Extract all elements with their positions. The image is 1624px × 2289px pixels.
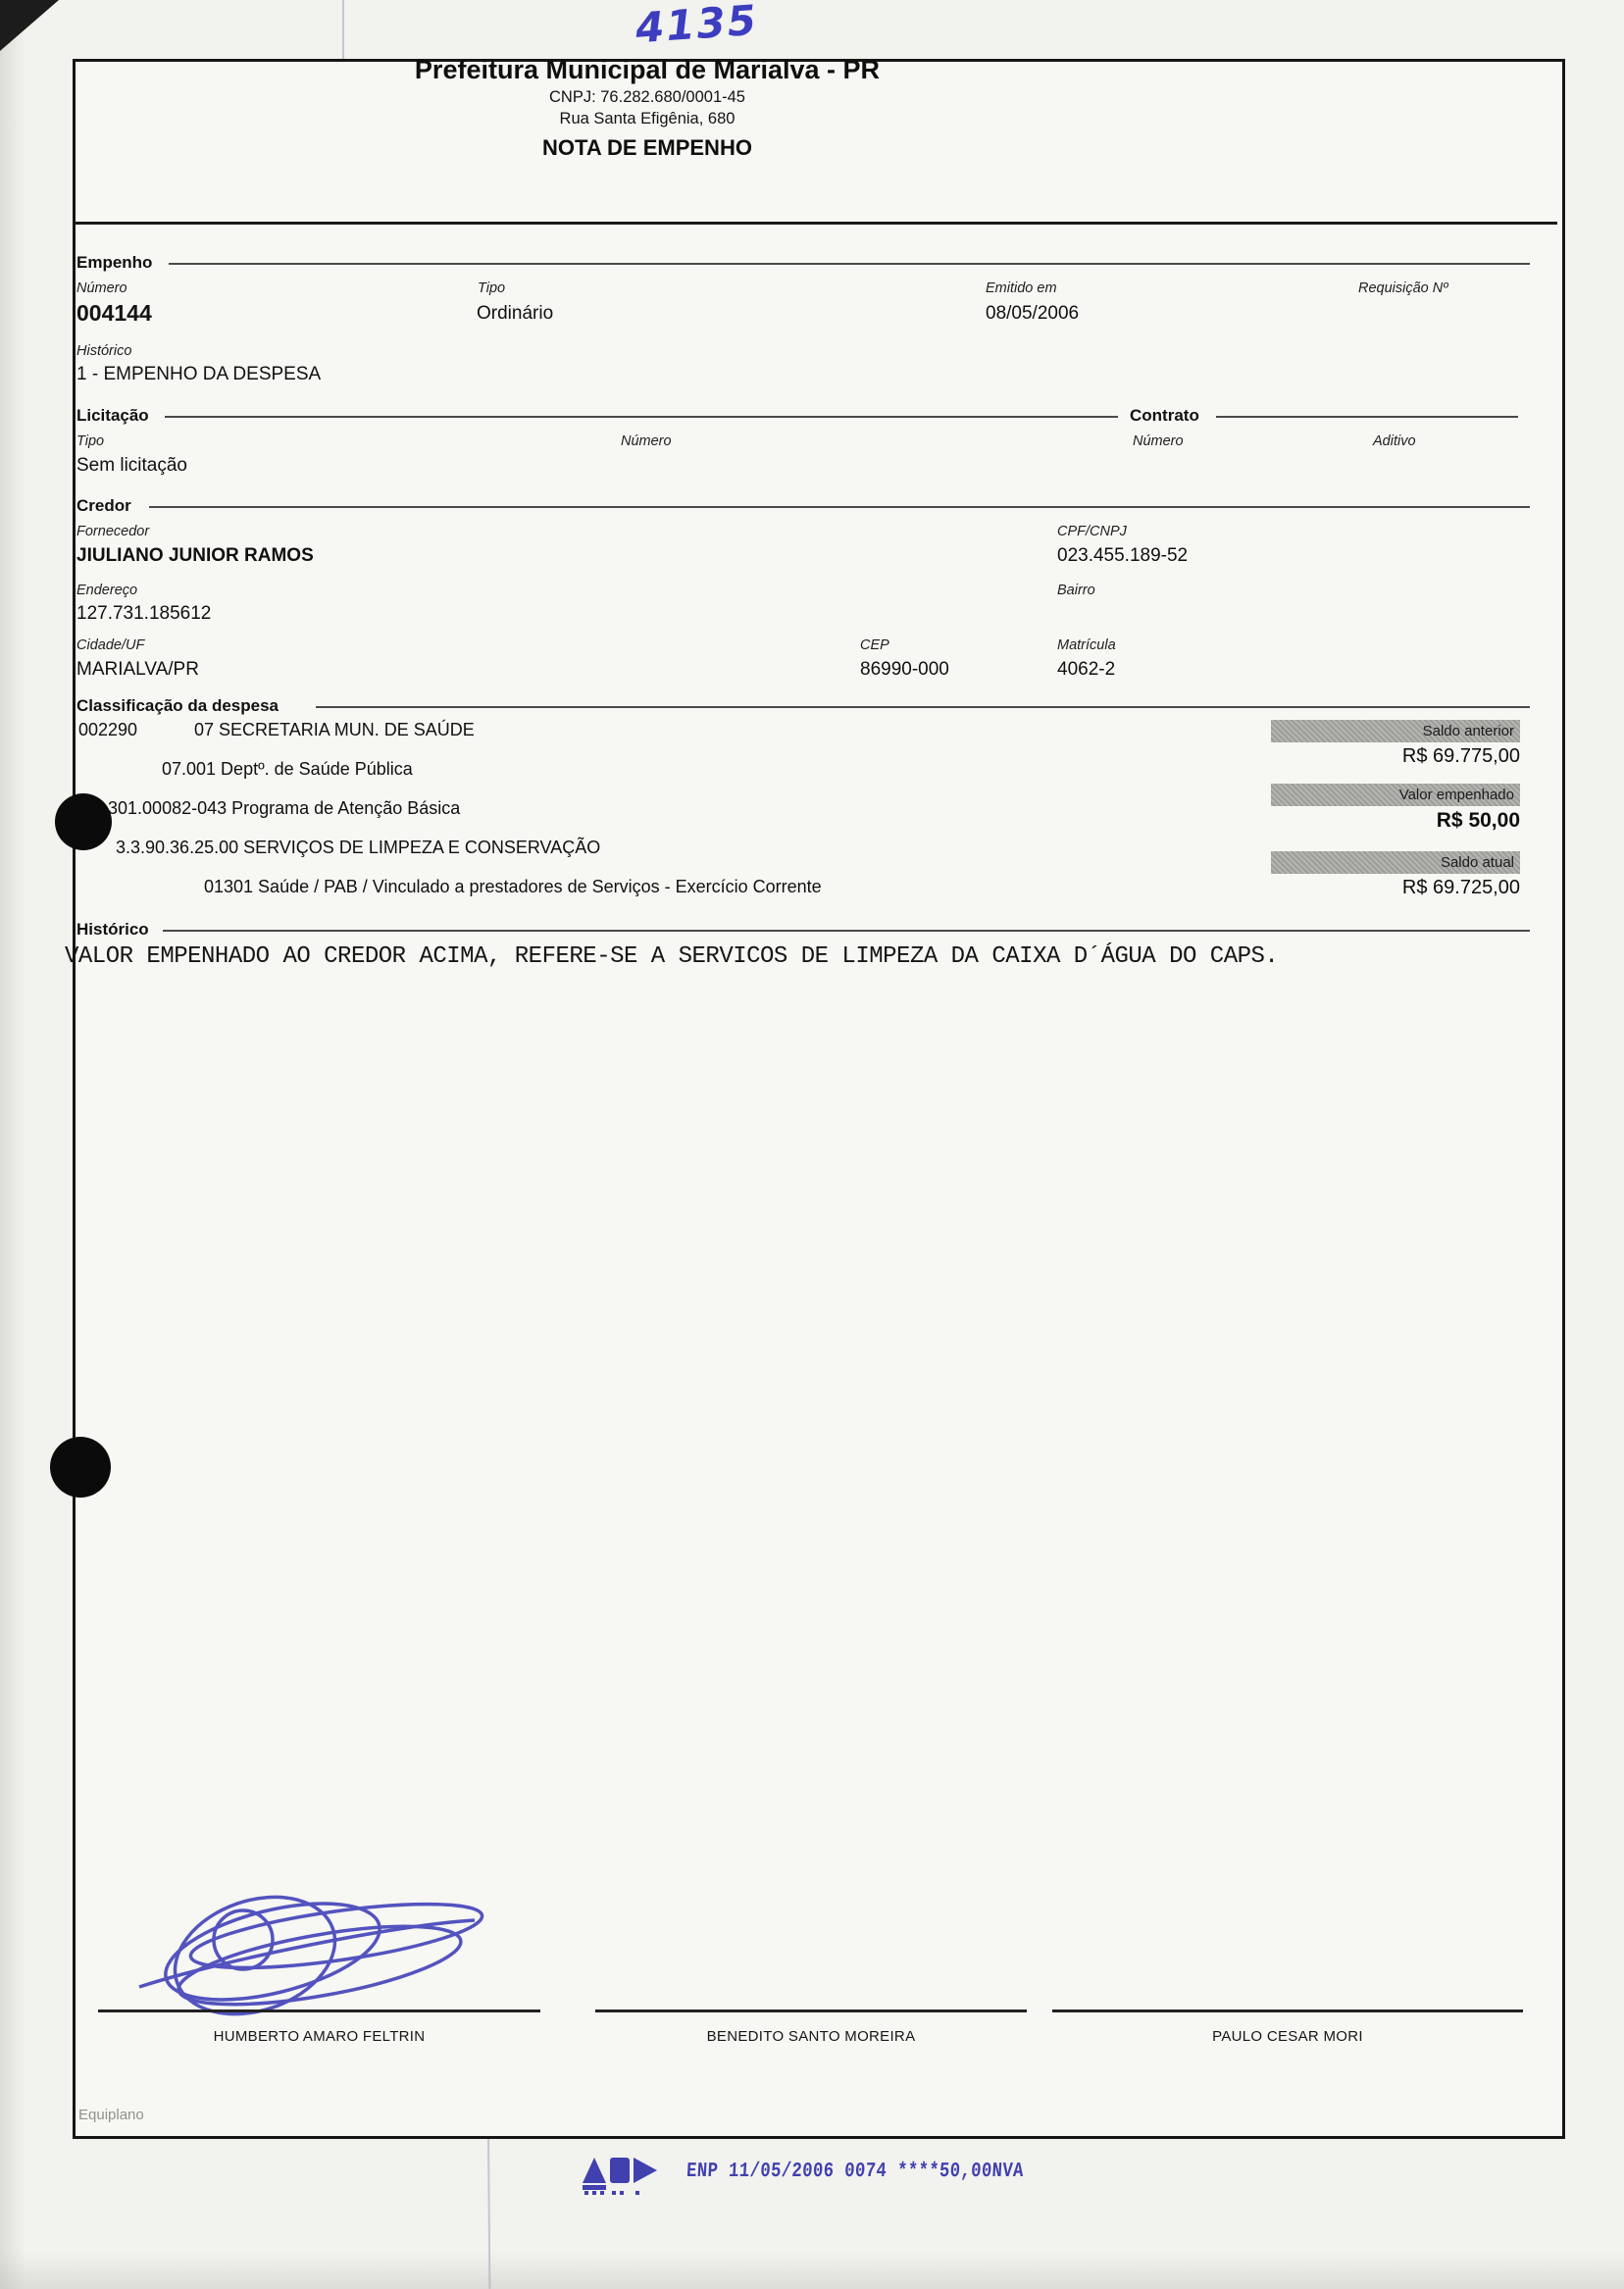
handwritten-page-number: 4135 [634,0,759,52]
empenho-section-label: Empenho [76,253,152,273]
signature-scribble [126,1891,488,2023]
classificacao-line: 07.001 Deptº. de Saúde Pública [162,759,413,780]
credor-cidade-value: MARIALVA/PR [76,659,199,681]
licitacao-tipo-label: Tipo [76,433,104,449]
signature-line [1052,2009,1523,2012]
empenho-numero-value: 004144 [76,300,152,327]
hole-punch [55,793,112,850]
saldo-atual-value: R$ 69.725,00 [1226,877,1520,899]
contrato-numero-label: Número [1133,433,1184,449]
scan-corner-artifact [0,0,59,51]
credor-fornecedor-value: JIULIANO JUNIOR RAMOS [76,545,314,567]
empenho-tipo-value: Ordinário [477,303,553,325]
empenho-section-rule [169,263,1530,265]
classificacao-section-label: Classificação da despesa [76,696,279,716]
credor-section-label: Credor [76,496,131,516]
credor-endereco-value: 127.731.185612 [76,603,211,625]
signature-line [98,2009,540,2012]
doc-title: NOTA DE EMPENHO [329,135,966,161]
classificacao-line: 0.301.00082-043 Programa de Atenção Bási… [93,798,460,819]
classificacao-line: 01301 Saúde / PAB / Vinculado a prestado… [204,877,822,897]
historico-section-label: Histórico [76,920,149,940]
saldo-atual-bar: Saldo atual [1271,851,1520,874]
licitacao-numero-label: Número [621,433,672,449]
saldo-anterior-value: R$ 69.775,00 [1226,745,1520,768]
licitacao-section-rule [165,416,1118,418]
contrato-section-rule [1216,416,1518,418]
historico-section-rule [163,930,1530,932]
scanned-document-page: 4135 Prefeitura Municipal de Marialva - … [0,0,1624,2289]
licitacao-section-label: Licitação [76,406,149,426]
empenho-tipo-label: Tipo [478,280,505,296]
credor-fornecedor-label: Fornecedor [76,524,149,539]
empenho-numero-label: Número [76,280,127,296]
stamp-text: ENP 11/05/2006 0074 ****50,00NVA [685,2161,1024,2183]
credor-cep-label: CEP [860,637,889,653]
scan-bottom-smudge [0,2252,1624,2289]
empenho-emitido-label: Emitido em [986,280,1057,296]
contrato-aditivo-label: Aditivo [1373,433,1416,449]
licitacao-tipo-value: Sem licitação [76,455,187,477]
header-divider [75,222,1557,225]
credor-section-rule [149,506,1530,508]
signature-name: HUMBERTO AMARO FELTRIN [98,2028,540,2045]
empenho-emitido-value: 08/05/2006 [986,303,1079,325]
signature-name: PAULO CESAR MORI [1052,2028,1523,2045]
classificacao-section-rule [316,706,1530,708]
stamp-logo [583,2156,659,2195]
org-address: Rua Santa Efigênia, 680 [329,110,966,128]
valor-empenhado-value: R$ 50,00 [1226,809,1520,833]
hole-punch [50,1437,111,1498]
empenho-historico-value: 1 - EMPENHO DA DESPESA [76,364,321,385]
org-cnpj: CNPJ: 76.282.680/0001-45 [329,88,966,107]
org-name: Prefeitura Municipal de Marialva - PR [329,55,966,85]
credor-bairro-label: Bairro [1057,583,1095,598]
saldo-anterior-bar: Saldo anterior [1271,720,1520,742]
classificacao-line: 07 SECRETARIA MUN. DE SAÚDE [194,720,475,740]
credor-cidade-label: Cidade/UF [76,637,144,653]
empenho-requisicao-label: Requisição Nº [1358,280,1448,296]
credor-cpf-value: 023.455.189-52 [1057,545,1188,567]
credor-cep-value: 86990-000 [860,659,949,681]
historico-text: VALOR EMPENHADO AO CREDOR ACIMA, REFERE-… [65,943,1278,970]
classificacao-line-code: 002290 [78,720,137,740]
valor-empenhado-bar: Valor empenhado [1271,784,1520,806]
credor-matricula-label: Matrícula [1057,637,1116,653]
scan-edge-shadow [0,0,25,2289]
signature-name: BENEDITO SANTO MOREIRA [595,2028,1027,2045]
credor-cpf-label: CPF/CNPJ [1057,524,1127,539]
credor-matricula-value: 4062-2 [1057,659,1115,681]
signature-line [595,2009,1027,2012]
empenho-historico-label: Histórico [76,343,131,359]
classificacao-line: 3.3.90.36.25.00 SERVIÇOS DE LIMPEZA E CO… [116,838,600,858]
credor-endereco-label: Endereço [76,583,137,598]
contrato-section-label: Contrato [1130,406,1199,426]
vendor-watermark: Equiplano [78,2107,144,2123]
